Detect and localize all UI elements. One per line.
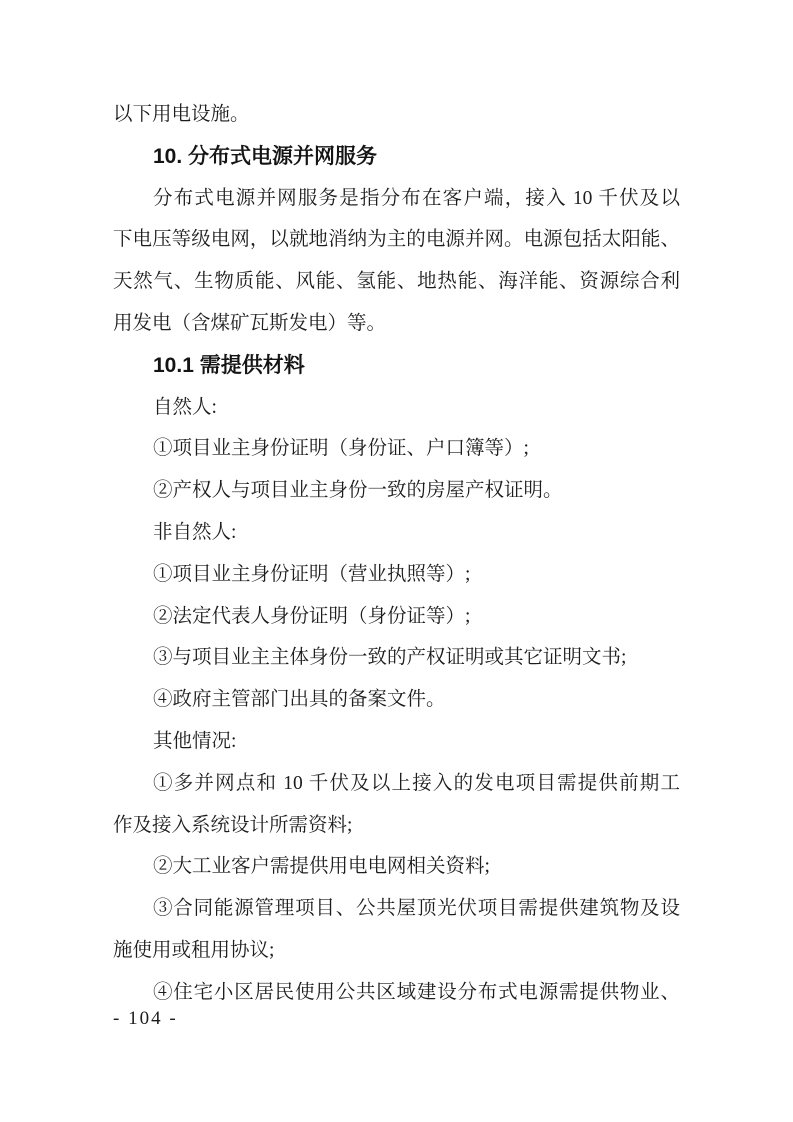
body-text-line: ③合同能源管理项目、公共屋顶光伏项目需提供建筑物及设 xyxy=(113,888,680,930)
body-text-line: 天然气、生物质能、风能、氢能、地热能、海洋能、资源综合利 xyxy=(113,261,680,303)
document-page: 以下用电设施。10. 分布式电源并网服务分布式电源并网服务是指分布在客户端，接入… xyxy=(0,0,793,1122)
body-text-line: ①项目业主身份证明（身份证、户口簿等）; xyxy=(113,428,680,470)
section-heading: 10. 分布式电源并网服务 xyxy=(113,136,680,178)
body-text-line: 作及接入系统设计所需资料; xyxy=(113,805,680,847)
body-text-line: ①多并网点和 10 千伏及以上接入的发电项目需提供前期工 xyxy=(113,763,680,805)
body-text-line: 施使用或租用协议; xyxy=(113,930,680,972)
body-text-line: ②法定代表人身份证明（身份证等）; xyxy=(113,596,680,638)
body-text-line: 下电压等级电网，以就地消纳为主的电源并网。电源包括太阳能、 xyxy=(113,219,680,261)
body-text-line: ②大工业客户需提供用电电网相关资料; xyxy=(113,846,680,888)
body-text-line: ③与项目业主主体身份一致的产权证明或其它证明文书; xyxy=(113,637,680,679)
body-text-line: ④住宅小区居民使用公共区域建设分布式电源需提供物业、 xyxy=(113,972,680,1014)
body-text-line: 用发电（含煤矿瓦斯发电）等。 xyxy=(113,303,680,345)
body-text-line: 分布式电源并网服务是指分布在客户端，接入 10 千伏及以 xyxy=(113,178,680,220)
body-text-line: 以下用电设施。 xyxy=(113,94,680,136)
document-content: 以下用电设施。10. 分布式电源并网服务分布式电源并网服务是指分布在客户端，接入… xyxy=(113,94,680,1014)
page-number: - 104 - xyxy=(113,1007,178,1032)
body-text-line: 自然人: xyxy=(113,387,680,429)
body-text-line: ②产权人与项目业主身份一致的房屋产权证明。 xyxy=(113,470,680,512)
body-text-line: 其他情况: xyxy=(113,721,680,763)
section-heading: 10.1 需提供材料 xyxy=(113,345,680,387)
body-text-line: 非自然人: xyxy=(113,512,680,554)
body-text-line: ④政府主管部门出具的备案文件。 xyxy=(113,679,680,721)
body-text-line: ①项目业主身份证明（营业执照等）; xyxy=(113,554,680,596)
